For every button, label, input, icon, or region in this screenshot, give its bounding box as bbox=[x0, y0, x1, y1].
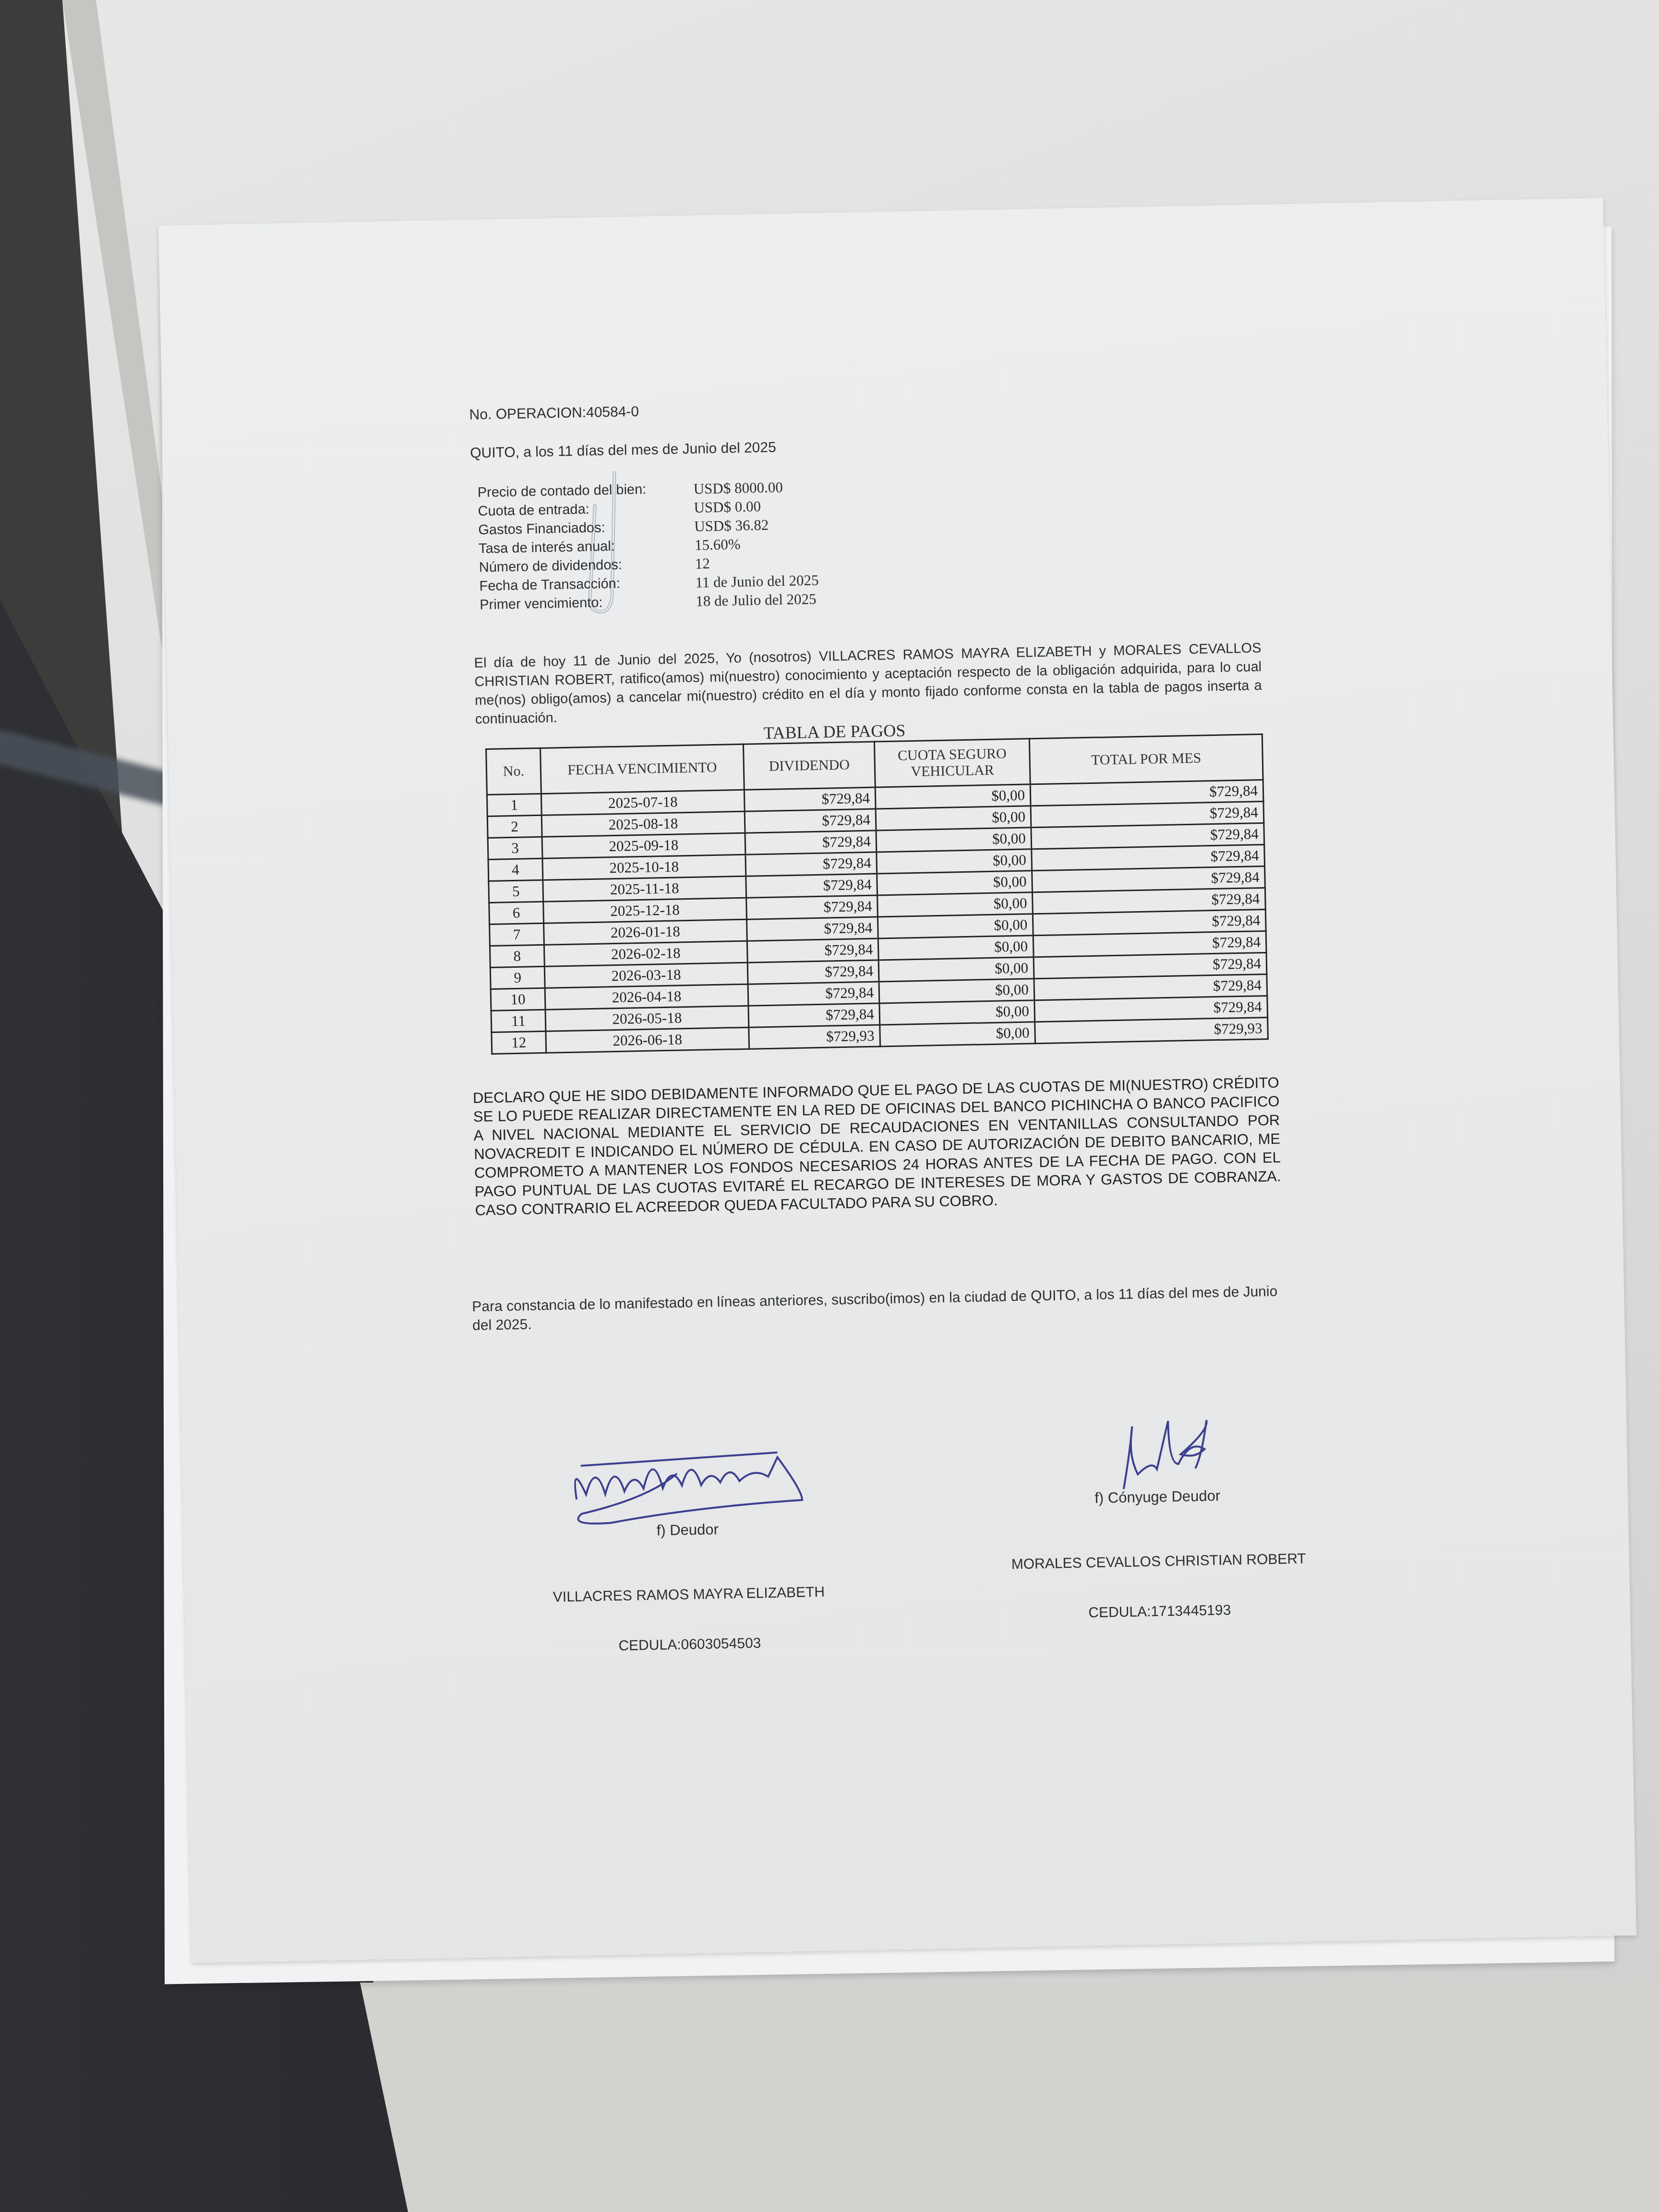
row-due-date: 2026-04-18 bbox=[545, 984, 748, 1010]
row-number: 11 bbox=[491, 1010, 546, 1032]
signature-block-spouse: f) Cónyuge Deudor MORALES CEVALLOS CHRIS… bbox=[988, 1408, 1328, 1623]
header-insurance: CUOTA SEGURO VEHICULAR bbox=[874, 739, 1030, 787]
row-dividend: $729,84 bbox=[745, 809, 876, 833]
row-dividend: $729,84 bbox=[748, 1003, 880, 1027]
signature-block-debtor: f) Deudor VILLACRES RAMOS MAYRA ELIZABET… bbox=[518, 1437, 858, 1656]
row-number: 5 bbox=[489, 880, 543, 902]
place-date: QUITO, a los 11 días del mes de Junio de… bbox=[470, 439, 776, 461]
row-insurance: $0,00 bbox=[879, 1000, 1035, 1025]
row-number: 6 bbox=[489, 902, 544, 924]
closing-paragraph: Para constancia de lo manifestado en lín… bbox=[472, 1282, 1288, 1335]
row-insurance: $0,00 bbox=[877, 871, 1033, 895]
row-dividend: $729,84 bbox=[745, 852, 877, 876]
row-number: 3 bbox=[488, 837, 542, 859]
row-total: $729,93 bbox=[1035, 1017, 1268, 1043]
payment-table-title: TABLA DE PAGOS bbox=[763, 720, 906, 743]
row-due-date: 2026-06-18 bbox=[546, 1027, 749, 1053]
row-dividend: $729,84 bbox=[745, 830, 877, 854]
row-due-date: 2026-03-18 bbox=[544, 962, 748, 988]
row-dividend: $729,84 bbox=[748, 982, 879, 1006]
row-insurance: $0,00 bbox=[875, 784, 1031, 809]
row-number: 12 bbox=[492, 1031, 546, 1054]
row-number: 2 bbox=[487, 815, 542, 838]
signature-caption: f) Cónyuge Deudor bbox=[989, 1485, 1326, 1509]
header-due-date: FECHA VENCIMIENTO bbox=[541, 744, 745, 793]
row-due-date: 2026-02-18 bbox=[544, 941, 747, 966]
row-insurance: $0,00 bbox=[877, 849, 1032, 874]
row-insurance: $0,00 bbox=[878, 914, 1033, 938]
signature-icon bbox=[1084, 1410, 1229, 1495]
row-due-date: 2025-07-18 bbox=[541, 790, 745, 815]
row-insurance: $0,00 bbox=[879, 979, 1034, 1003]
declaration-paragraph: DECLARO QUE HE SIDO DEBIDAMENTE INFORMAD… bbox=[473, 1073, 1282, 1220]
row-due-date: 2025-09-18 bbox=[542, 833, 745, 858]
row-due-date: 2025-08-18 bbox=[541, 811, 745, 837]
header-total: TOTAL POR MES bbox=[1029, 734, 1263, 784]
signer-name: VILLACRES RAMOS MAYRA ELIZABETH bbox=[521, 1584, 857, 1606]
row-dividend: $729,84 bbox=[744, 787, 876, 811]
signer-id: CEDULA:1713445193 bbox=[992, 1600, 1328, 1623]
intro-paragraph: El día de hoy 11 de Junio del 2025, Yo (… bbox=[474, 639, 1262, 729]
row-dividend: $729,84 bbox=[746, 895, 878, 919]
row-insurance: $0,00 bbox=[876, 806, 1031, 830]
row-insurance: $0,00 bbox=[876, 828, 1032, 852]
row-dividend: $729,84 bbox=[746, 917, 878, 941]
document-body: No. OPERACION:40584-0 QUITO, a los 11 dí… bbox=[469, 391, 1275, 407]
row-due-date: 2026-05-18 bbox=[545, 1006, 749, 1031]
row-due-date: 2025-11-18 bbox=[543, 876, 746, 902]
signature-icon bbox=[552, 1437, 822, 1529]
row-due-date: 2025-10-18 bbox=[542, 854, 746, 880]
loan-details: Precio de contado del bien:USD$ 8000.00 … bbox=[477, 477, 819, 615]
row-dividend: $729,84 bbox=[747, 938, 878, 962]
row-number: 8 bbox=[490, 945, 544, 967]
row-number: 9 bbox=[490, 966, 545, 989]
row-due-date: 2025-12-18 bbox=[543, 898, 747, 923]
row-dividend: $729,84 bbox=[747, 960, 879, 984]
row-insurance: $0,00 bbox=[880, 1022, 1035, 1046]
row-number: 7 bbox=[490, 923, 544, 946]
header-dividend: DIVIDENDO bbox=[743, 742, 875, 790]
operation-number: No. OPERACION:40584-0 bbox=[469, 404, 639, 423]
row-due-date: 2026-01-18 bbox=[544, 919, 747, 945]
document-page: No. OPERACION:40584-0 QUITO, a los 11 dí… bbox=[158, 198, 1636, 1963]
signer-name: MORALES CEVALLOS CHRISTIAN ROBERT bbox=[991, 1551, 1327, 1573]
row-insurance: $0,00 bbox=[878, 957, 1034, 982]
row-insurance: $0,00 bbox=[878, 892, 1033, 917]
row-number: 10 bbox=[491, 988, 545, 1010]
header-no: No. bbox=[486, 748, 541, 794]
row-number: 4 bbox=[488, 858, 543, 881]
row-number: 1 bbox=[487, 793, 541, 816]
signer-id: CEDULA:0603054503 bbox=[522, 1634, 858, 1656]
row-insurance: $0,00 bbox=[878, 936, 1034, 960]
row-dividend: $729,93 bbox=[749, 1025, 880, 1049]
row-dividend: $729,84 bbox=[746, 874, 878, 898]
payment-table: No. FECHA VENCIMIENTO DIVIDENDO CUOTA SE… bbox=[485, 733, 1269, 1055]
